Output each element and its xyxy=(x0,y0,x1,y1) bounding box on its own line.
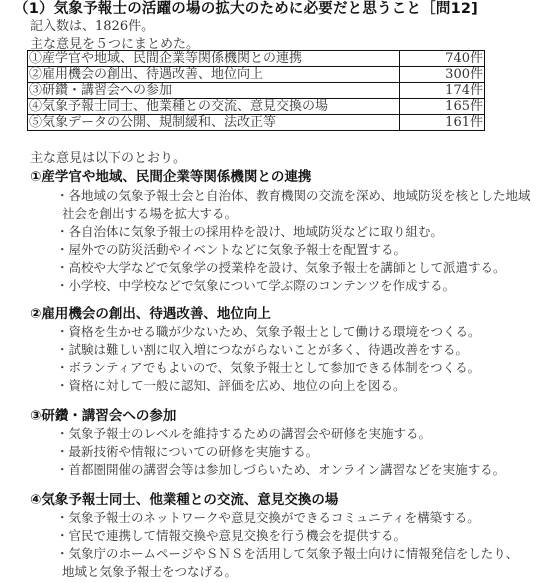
bullet-item: ・官民で連携して情報交換や意見交換を行う機会を提供する。 xyxy=(56,527,406,545)
section-heading-4: ④気象予報士同士、他業種との交流、意見交換の場 xyxy=(30,491,338,509)
bullet-continuation: 社会を創出する場を拡大する。 xyxy=(62,205,237,223)
opinion-count: 174件 xyxy=(400,83,485,99)
details-intro-text: 主な意見は以下のとおり。 xyxy=(30,150,186,168)
bullet-item: ・小学校、中学校などで気象について学ぶ際のコンテンツを作成する。 xyxy=(56,277,455,295)
opinion-label: ④気象予報士同士、他業種との交流、意見交換の場 xyxy=(28,99,400,115)
section-heading-3: ③研鑽・講習会への参加 xyxy=(30,407,176,425)
bullet-item: ・気象庁のホームページやＳＮＳを活用して気象予報士向けに情報発信をしたり、 xyxy=(56,545,518,563)
bullet-item: ・屋外での防災活動やイベントなどに気象予報士を配置する。 xyxy=(56,241,406,259)
bullet-item: ・気象予報士のレベルを維持するための講習会や研修を実施する。 xyxy=(56,425,431,443)
bullet-item: ・各地域の気象予報士会と自治体、教育機関の交流を深め、地域防災を核とした地域 xyxy=(56,187,531,205)
bullet-item: ・各自治体に気象予報士の採用枠を設け、地域防災などに取り組む。 xyxy=(56,223,443,241)
opinion-label: ②雇用機会の創出、待遇改善、地位向上 xyxy=(28,67,400,83)
bullet-item: ・高校や大学などで気象学の授業枠を設け、気象予報士を講師として派遣する。 xyxy=(56,259,506,277)
opinion-label: ⑤気象データの公開、規制緩和、法改正等 xyxy=(28,115,400,131)
bullet-item: ・気象予報士のネットワークや意見交換ができるコミュニティを構築する。 xyxy=(56,509,480,527)
table-row: ⑤気象データの公開、規制緩和、法改正等 161件 xyxy=(28,115,485,131)
response-count-text: 記入数は、1826件。 xyxy=(30,18,154,36)
opinion-label: ③研鑽・講習会への参加 xyxy=(28,83,400,99)
opinion-count: 300件 xyxy=(400,67,485,83)
bullet-item: ・最新技術や情報についての研修を実施する。 xyxy=(56,443,318,461)
bullet-item: ・試験は難しい割に収入増につながらないことが多く、待遇改善をする。 xyxy=(56,341,468,359)
section-heading-2: ②雇用機会の創出、待遇改善、地位向上 xyxy=(30,305,271,323)
bullet-continuation: 地域と気象予報士をつなげる。 xyxy=(62,563,237,581)
bullet-item: ・資格を生かせる職が少ないため、気象予報士として働ける環境をつくる。 xyxy=(56,323,481,341)
opinion-summary-table: ①産学官や地域、民間企業等関係機関との連携 740件 ②雇用機会の創出、待遇改善… xyxy=(27,50,485,131)
section-heading-1: ①産学官や地域、民間企業等関係機関との連携 xyxy=(30,168,311,186)
opinion-label: ①産学官や地域、民間企業等関係機関との連携 xyxy=(28,51,400,67)
bullet-item: ・首都圏開催の講習会等は参加しづらいため、オンライン講習などを実施する。 xyxy=(56,461,505,479)
opinion-count: 165件 xyxy=(400,99,485,115)
opinion-count: 161件 xyxy=(400,115,485,131)
bullet-item: ・資格に対して一般に認知、評価を広め、地位の向上を図る。 xyxy=(56,377,406,395)
table-row: ④気象予報士同士、他業種との交流、意見交換の場 165件 xyxy=(28,99,485,115)
section-title: （1）気象予報士の活躍の場の拡大のために必要だと思うこと［問12] xyxy=(14,0,478,18)
opinion-count: 740件 xyxy=(400,51,485,67)
table-row: ②雇用機会の創出、待遇改善、地位向上 300件 xyxy=(28,67,485,83)
table-row: ③研鑽・講習会への参加 174件 xyxy=(28,83,485,99)
table-row: ①産学官や地域、民間企業等関係機関との連携 740件 xyxy=(28,51,485,67)
bullet-item: ・ボランティアでもよいので、気象予報士として参加できる体制をつくる。 xyxy=(56,359,480,377)
